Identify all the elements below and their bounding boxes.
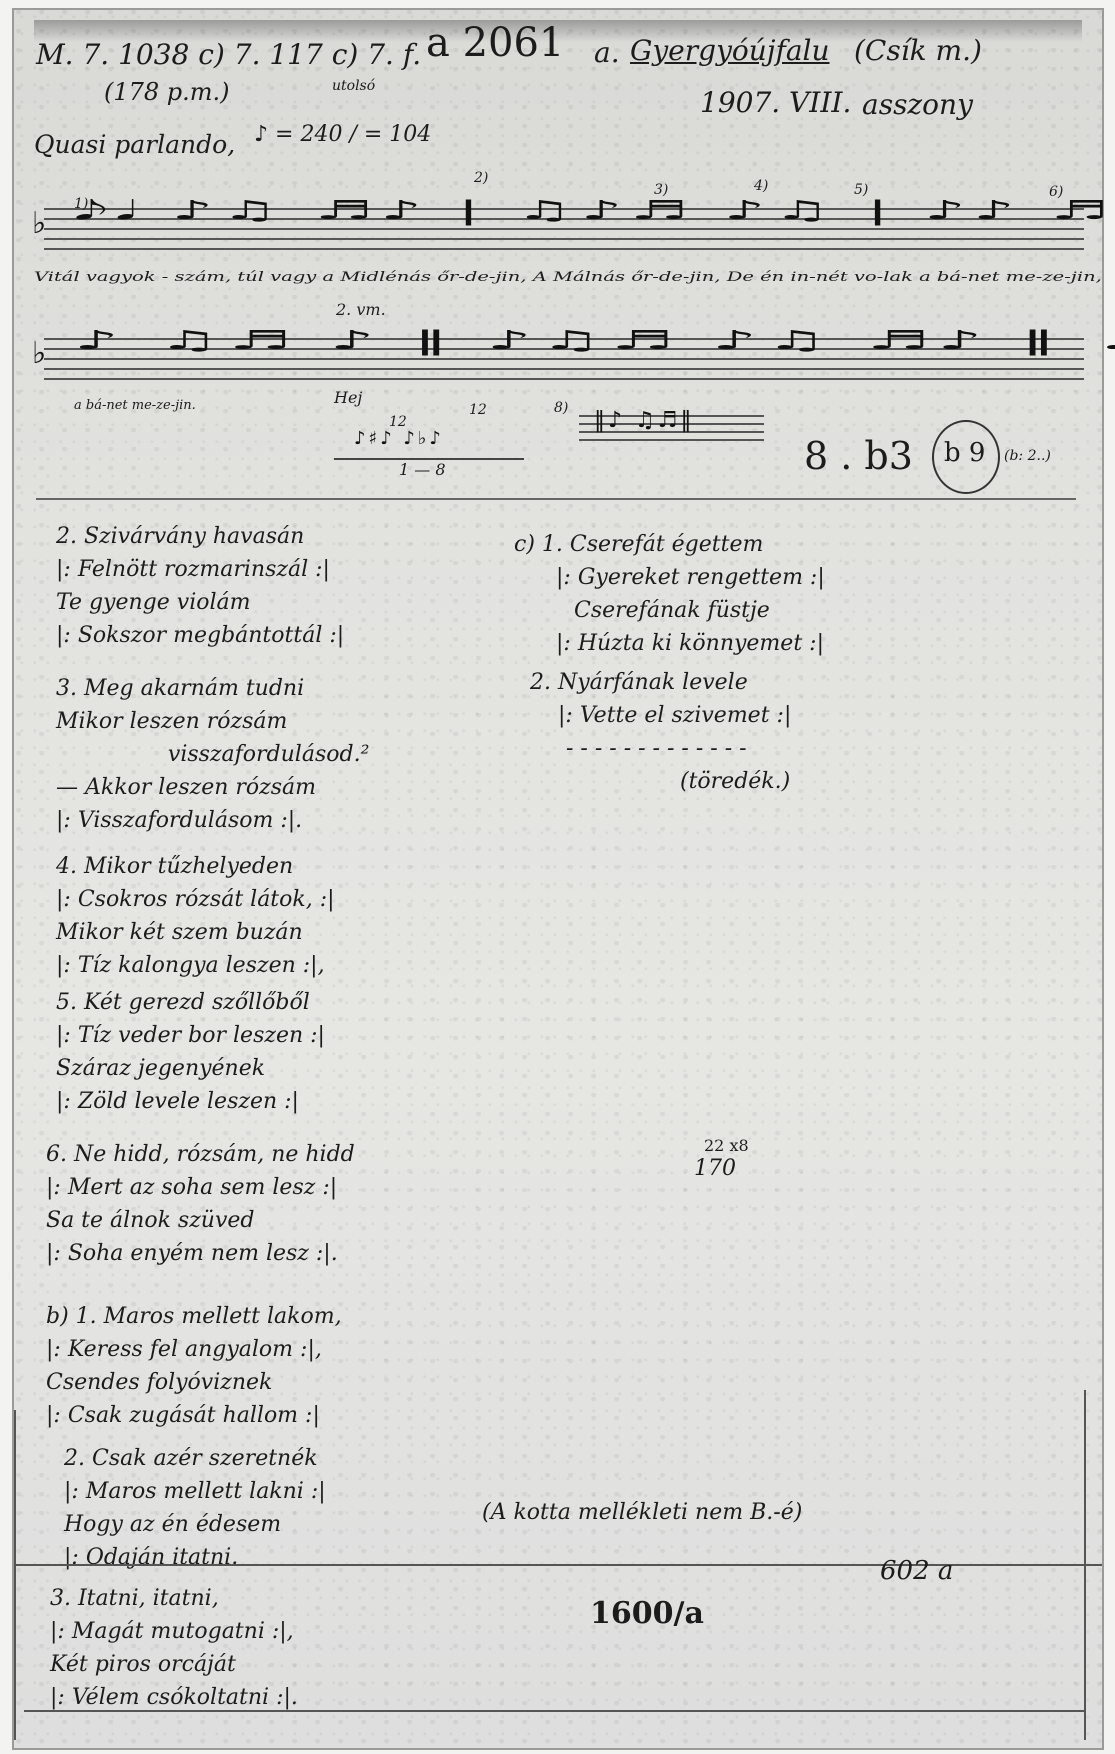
stanza-3: 3. Meg akarnám tudniMikor leszen rózsám …	[56, 672, 369, 837]
collection-date: 1907. VIII.	[700, 86, 851, 119]
analysis-codes: 8 . b3	[804, 434, 913, 478]
tempo-values: ♪ = 240 / = 104	[254, 122, 431, 147]
song-number: a 2061	[426, 20, 564, 66]
stanza-b3: 3. Itatni, itatni,|: Magát mutogatni :|,…	[50, 1582, 298, 1714]
singer-label: asszony	[862, 88, 973, 121]
stanza-4: 4. Mikor tűzhelyeden|: Csokros rózsát lá…	[56, 850, 335, 982]
footnote-mark: 4)	[754, 178, 768, 194]
stanza-c2: 2. Nyárfának levele|: Vette el szivemet …	[530, 666, 791, 798]
footnote-mark: 6)	[1049, 184, 1063, 200]
variant-range: 1 — 8	[399, 460, 446, 479]
codes-tail: (b: 2..)	[1004, 448, 1051, 464]
footnote-mark: 3)	[654, 182, 668, 198]
stanza-c1: c) 1. Cserefát égettem|: Gyereket renget…	[514, 528, 825, 660]
catalog-reference: M. 7. 1038 c) 7. 117 c) 7. f.	[36, 38, 421, 71]
footnote-mark: 2)	[474, 170, 488, 186]
manuscript-page: M. 7. 1038 c) 7. 117 c) 7. f. utolsó (17…	[12, 8, 1104, 1750]
location-name: Gyergyóújfalu	[630, 34, 830, 67]
notation-remark: (A kotta mellékleti nem B.-é)	[482, 1500, 802, 1525]
frame-right-edge	[1084, 1390, 1086, 1740]
footnote-mark: 1)	[74, 196, 88, 212]
reference-602a: 602 a	[880, 1556, 953, 1586]
key-signature-2: ♭	[32, 336, 49, 371]
variant-label: Hej	[334, 388, 362, 407]
tempo-marking: Quasi parlando,	[34, 130, 235, 159]
key-signature-1: ♭	[32, 206, 49, 241]
frame-left-edge	[14, 1410, 16, 1740]
verse-marker: 2. vm.	[336, 300, 386, 319]
stanza-2: 2. Szivárvány havasán|: Felnött rozmarin…	[56, 520, 344, 652]
catalog-subreference: (178 p.m.)	[104, 78, 230, 106]
stanza-6: 6. Ne hidd, rózsám, ne hidd|: Mert az so…	[46, 1138, 355, 1270]
county-name: (Csík m.)	[854, 34, 982, 67]
variant-staff-notes: ‖♪ ♫♬‖	[594, 408, 694, 433]
variant-number: 12	[469, 402, 487, 418]
lyrics-underlay-2: a bá-net me-ze-jin.	[74, 398, 196, 413]
bottom-frame-line	[24, 1710, 1084, 1712]
catalog-small-note: utolsó	[332, 78, 375, 94]
location-prefix: a.	[594, 36, 620, 69]
count-annotation-bottom: 170	[694, 1156, 736, 1181]
notes-system-1: 𝅘𝅥𝅮𝅘𝅥 ♪♫ ♬♪ | ♫♪♬ ♪♫ | ♪♪ ♬ ♫ | ♪ ♫♬♪ | …	[74, 196, 1115, 227]
circled-code: b 9	[944, 438, 985, 468]
stanza-b2: 2. Csak azér szeretnék|: Maros mellett l…	[64, 1442, 326, 1574]
variant-notes: ♪♯♪ ♪♭♪	[354, 428, 444, 449]
stanza-b1: b) 1. Maros mellett lakom,|: Keress fel …	[46, 1300, 342, 1432]
count-annotation-top: 22 x8	[704, 1136, 749, 1155]
variant-footnote: 8)	[554, 400, 568, 416]
lyrics-underlay-1: Vitál vagyok - szám, túl vagy a Midlénás…	[34, 270, 1102, 285]
section-divider	[36, 498, 1076, 500]
reference-1600a: 1600/a	[590, 1596, 704, 1631]
notes-system-2: ♪ ♫♬ ♪ ‖ ♪♫♬ ♪♫ ♬♪ ‖ ♫♪♬ ♪ ♫ | ♪♬ ♪ ‖	[74, 326, 1115, 356]
footnote-mark: 5)	[854, 182, 868, 198]
stanza-5: 5. Két gerezd szőllőből|: Tíz veder bor …	[56, 986, 325, 1118]
